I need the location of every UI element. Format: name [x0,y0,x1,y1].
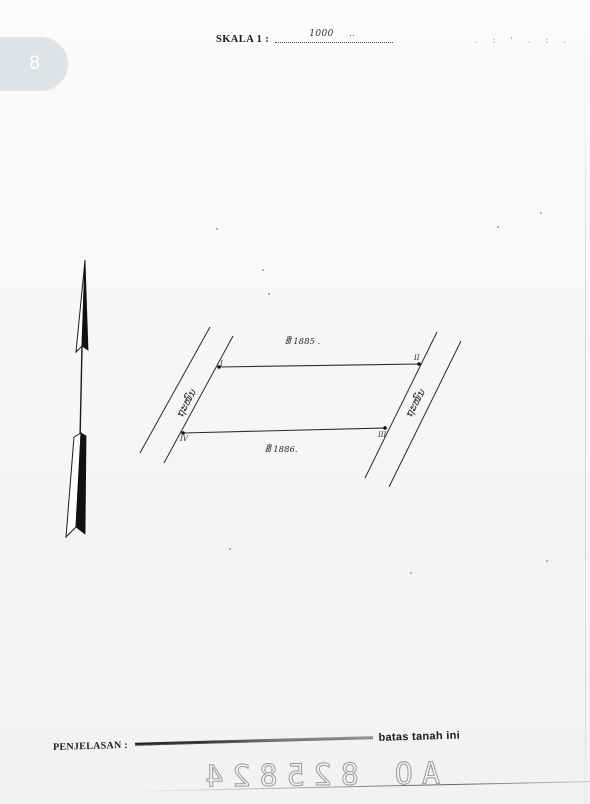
scan-speck [262,269,264,271]
scan-speck [229,548,231,550]
right-road: ຖະໜົນ [365,332,461,487]
scan-speck [410,572,412,574]
explanation-label: PENJELASAN : [53,740,128,753]
left-road-label: ຖະໜົນ [174,386,199,419]
svg-text:II: II [413,354,420,362]
north-arrow-icon [66,260,88,537]
survey-document-page: 8 SKALA 1 : 1000 .. . : ' . : . ຖະໜົນ [0,0,590,804]
boundary-legend-text: batas tanah ini [378,730,460,744]
scan-speck [216,228,218,230]
svg-text:III: III [377,431,387,439]
bottom-boundary-label: ທີ່ 1886. [265,444,298,455]
boundary-legend-line [135,736,373,746]
svg-text:I: I [219,360,223,368]
scan-speck [546,560,548,562]
site-plan-drawing: ຖະໜົນ ຖະໜົນ I II III [0,0,590,804]
parcel-boundary [183,364,419,433]
scan-speck [268,293,270,295]
top-boundary-label: ທີ່ 1885 . [285,336,320,347]
scan-speck [497,226,499,228]
svg-text:IV: IV [179,435,189,443]
scan-speck [540,212,542,214]
